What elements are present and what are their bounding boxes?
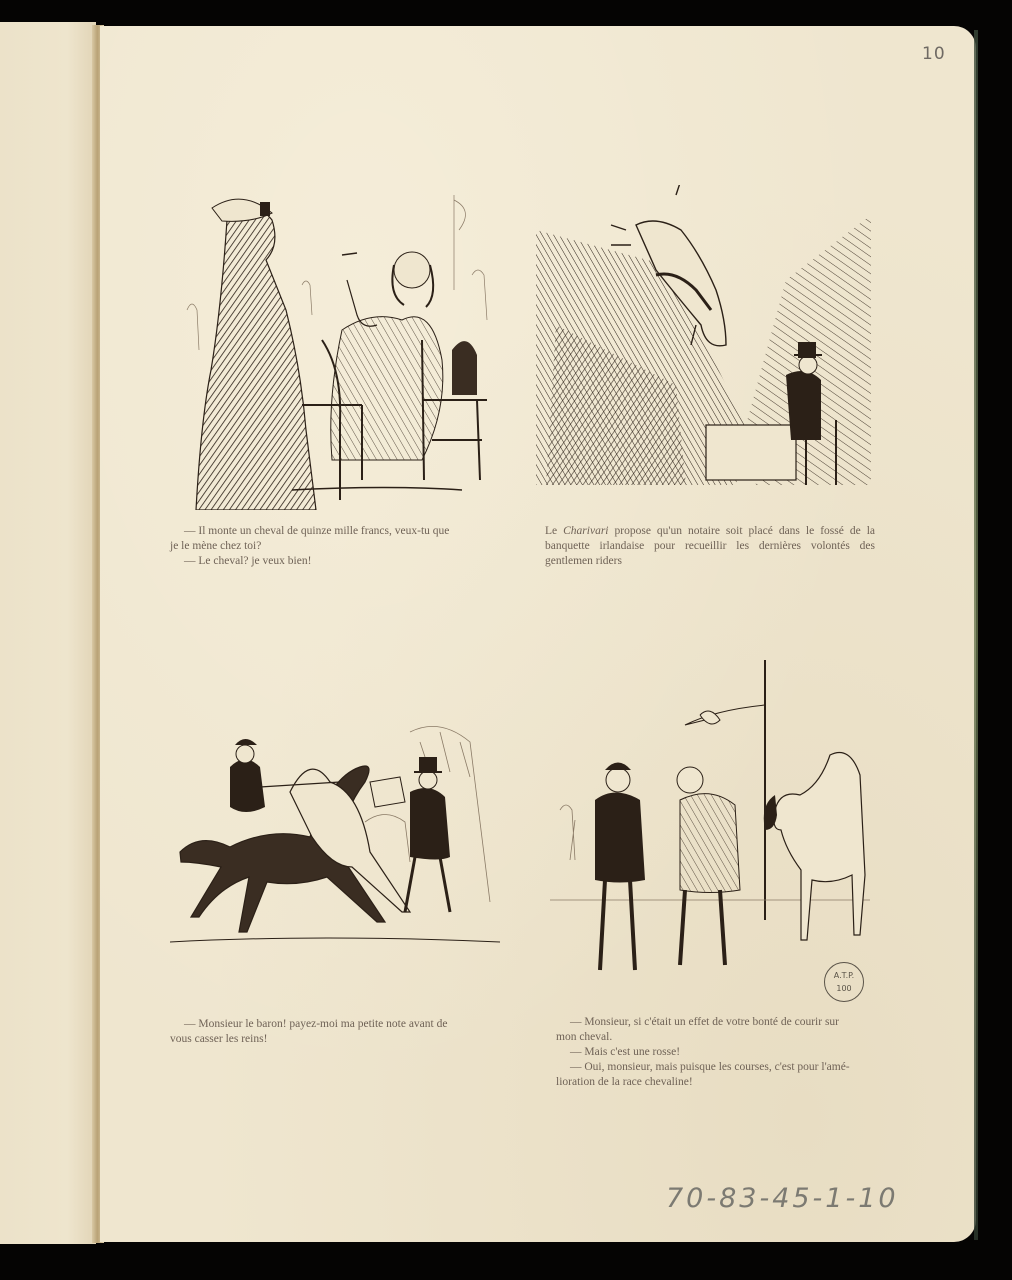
caption-line: — Le cheval? je veux bien! bbox=[170, 554, 510, 569]
stamp-top: A.T.P. bbox=[825, 969, 863, 982]
caption-prefix: Le bbox=[545, 525, 563, 537]
inventory-number: 70-83-45-1-10 bbox=[666, 1183, 899, 1214]
caption-line: — Mais c'est une rosse! bbox=[556, 1045, 881, 1060]
caption-line: — Monsieur le baron! payez-moi ma petite… bbox=[170, 1017, 512, 1032]
illustration-jockey-and-creditor bbox=[170, 712, 505, 952]
caption-line: mon cheval. bbox=[556, 1030, 881, 1045]
caption-line: — Il monte un cheval de quinze mille fra… bbox=[170, 524, 510, 539]
page-number: 10 bbox=[922, 44, 946, 64]
caption-top-left: — Il monte un cheval de quinze mille fra… bbox=[170, 524, 510, 569]
journal-title: Charivari bbox=[563, 525, 608, 537]
caption-bottom-left: — Monsieur le baron! payez-moi ma petite… bbox=[170, 1017, 512, 1047]
caption-line: — Monsieur, si c'était un effet de votre… bbox=[556, 1015, 881, 1030]
illustration-horse-falling-notary bbox=[536, 185, 876, 495]
illustration-women-at-table bbox=[172, 190, 502, 510]
cover-edge bbox=[974, 30, 978, 1240]
stamp-bottom: 100 bbox=[825, 982, 863, 995]
illustration-men-and-thin-horse bbox=[550, 660, 870, 1010]
library-stamp: A.T.P. 100 bbox=[824, 962, 864, 1002]
caption-line: je le mène chez toi? bbox=[170, 539, 510, 554]
caption-line: lioration de la race chevaline! bbox=[556, 1075, 881, 1090]
caption-line: vous casser les reins! bbox=[170, 1032, 512, 1047]
caption-bottom-right: — Monsieur, si c'était un effet de votre… bbox=[556, 1015, 881, 1090]
caption-line: — Oui, monsieur, mais puisque les course… bbox=[556, 1060, 881, 1075]
caption-top-right: Le Charivari propose qu'un notaire soit … bbox=[545, 524, 875, 569]
left-page bbox=[0, 22, 96, 1244]
